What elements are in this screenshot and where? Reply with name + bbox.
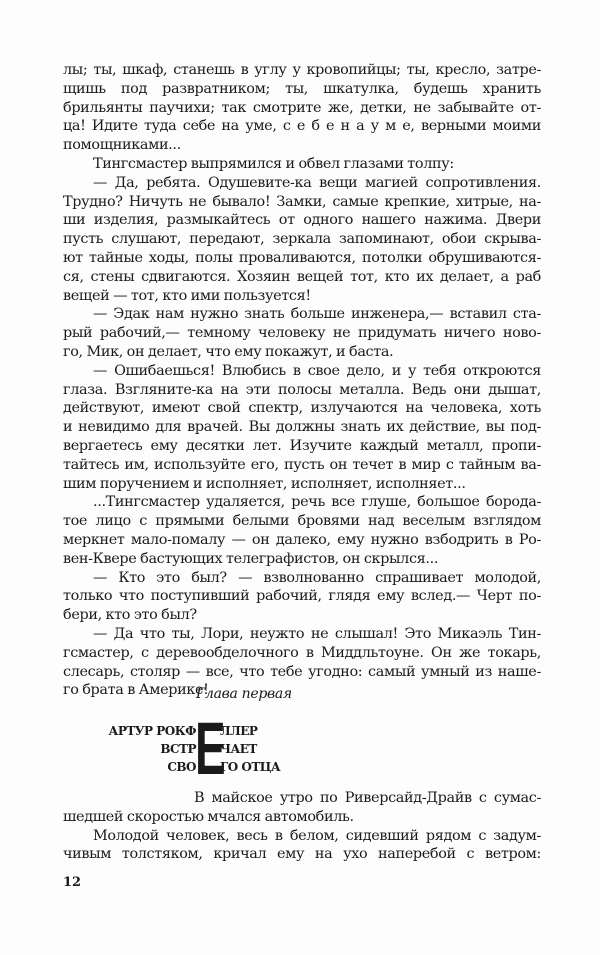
- text-line: вещей — тот, кто ими пользуется!: [63, 287, 541, 306]
- chapter-title-left-3: СВО: [167, 760, 196, 774]
- text-line: слесарь, столяр — все, что тебе угодно: …: [63, 663, 541, 682]
- chapter-title: АРТУР РОКФ ВСТР СВО Е ЛЛЕР ЧАЕТ ГО ОТЦА: [88, 720, 348, 782]
- body-text-top: лы; ты, шкаф, станешь в углу у кровопийц…: [63, 61, 541, 700]
- text-line: шедшей скоростью мчался автомобиль.: [63, 808, 541, 827]
- text-line: Трудно? Ничуть не бывало! Замки, самые к…: [63, 193, 541, 212]
- chapter-label: Глава первая: [196, 686, 292, 702]
- chapter-title-left-1: АРТУР РОКФ: [109, 724, 196, 738]
- text-line: помощниками...: [63, 136, 541, 155]
- text-line: го, Мик, он делает, что ему покажут, и б…: [63, 343, 541, 362]
- text-line: бери, кто это был?: [63, 606, 541, 625]
- chapter-title-right-1: ЛЛЕР: [220, 724, 257, 738]
- chapter-title-left-2: ВСТР: [160, 742, 196, 756]
- text-line: — Да что ты, Лори, неужто не слышал! Это…: [63, 625, 541, 644]
- text-line: и невидимо для врачей. Вы должны знать и…: [63, 418, 541, 437]
- text-line: шим поручением и исполняет, исполняет, и…: [63, 475, 541, 494]
- chapter-title-right-2: ЧАЕТ: [220, 742, 257, 756]
- text-line: гсмастер, с деревообделочного в Миддльто…: [63, 644, 541, 663]
- text-line: пусть слушают, передают, зеркала запомин…: [63, 230, 541, 249]
- text-line: ца! Идите туда себе на уме, с е б е н а …: [63, 117, 541, 136]
- book-page: лы; ты, шкаф, станешь в углу у кровопийц…: [0, 0, 600, 955]
- text-line: ши изделия, размыкайтесь от одного нашег…: [63, 211, 541, 230]
- text-line: глаза. Взгляните-ка на эти полосы металл…: [63, 381, 541, 400]
- text-line: го брата в Америке!: [63, 681, 541, 700]
- text-line: рый рабочий,— темному человеку не придум…: [63, 324, 541, 343]
- text-line: ...Тингсмастер удаляется, речь все глуше…: [63, 493, 541, 512]
- text-line: ся, стены сдвигаются. Хозяин вещей тот, …: [63, 268, 541, 287]
- chapter-title-right-3: ГО ОТЦА: [220, 760, 280, 774]
- text-line: брильянты паучихи; так смотрите же, детк…: [63, 99, 541, 118]
- body-text-bottom: В майское утро по Риверсайд-Драйв с сума…: [63, 789, 541, 864]
- text-line: В майское утро по Риверсайд-Драйв с сума…: [63, 789, 541, 808]
- text-line: щишь под развратником; ты, шкатулка, буд…: [63, 80, 541, 99]
- text-line: — Кто это был? — взволнованно спрашивает…: [63, 569, 541, 588]
- text-line: лы; ты, шкаф, станешь в углу у кровопийц…: [63, 61, 541, 80]
- text-line: вен-Квере бастующих телеграфистов, он ск…: [63, 550, 541, 569]
- text-line: вергаетесь ему десятки лет. Изучите кажд…: [63, 437, 541, 456]
- text-line: тайтесь им, используйте его, пусть он те…: [63, 456, 541, 475]
- text-line: ют тайные ходы, полы проваливаются, пото…: [63, 249, 541, 268]
- text-line: действуют, имеют свой спектр, излучаются…: [63, 399, 541, 418]
- text-line: Тингсмастер выпрямился и обвел глазами т…: [63, 155, 541, 174]
- text-line: Молодой человек, весь в белом, сидевший …: [63, 827, 541, 846]
- page-number: 12: [63, 875, 81, 890]
- text-line: — Эдак нам нужно знать больше инженера,—…: [63, 305, 541, 324]
- text-line: чивым толстяком, кричал ему на ухо напер…: [63, 845, 541, 864]
- text-line: — Ошибаешься! Влюбись в свое дело, и у т…: [63, 362, 541, 381]
- text-line: меркнет мало-помалу — он далеко, ему нуж…: [63, 531, 541, 550]
- text-line: тое лицо с прямыми белыми бровями над ве…: [63, 512, 541, 531]
- text-line: — Да, ребята. Одушевите-ка вещи магией с…: [63, 174, 541, 193]
- text-line: только что поступивший рабочий, глядя ем…: [63, 587, 541, 606]
